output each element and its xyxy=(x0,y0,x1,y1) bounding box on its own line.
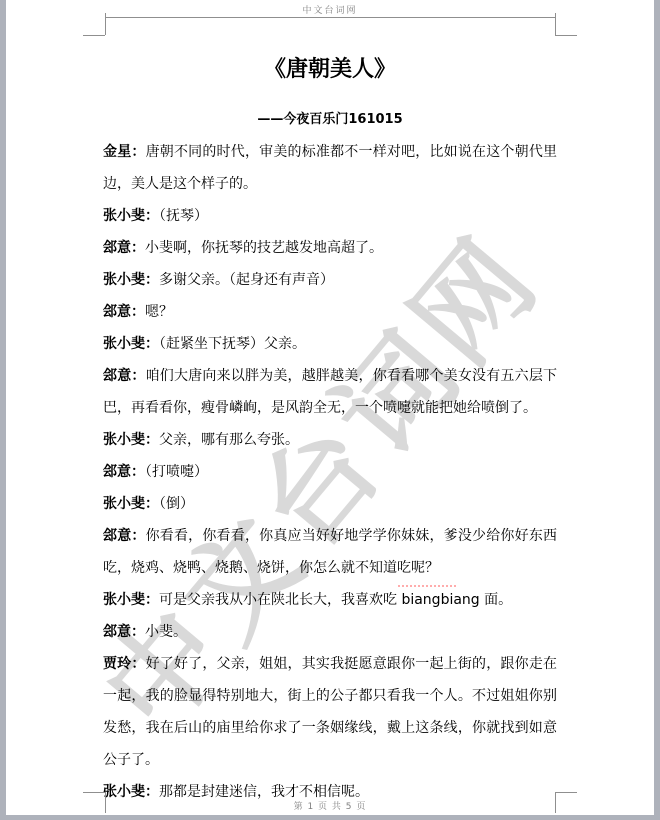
dialogue-paragraph: 贾玲：好了好了，父亲，姐姐，其实我挺愿意跟你一起上街的，跟你走在一起，我的脸显得… xyxy=(103,648,557,776)
speaker-line: 嗯？ xyxy=(145,304,173,320)
crop-mark-top-right-h xyxy=(555,35,577,36)
document-viewer: { "header": { "site_name": "中文台词网" }, "d… xyxy=(0,0,660,820)
speaker-line: 小斐啊，你抚琴的技艺越发地高超了。 xyxy=(145,240,383,256)
dialogue-paragraph: 郐意：小斐。 xyxy=(103,616,557,648)
speaker-line: 你看看，你看看，你真应当好好地学学你妹妹，爹没少给你好东西吃，烧鸡、烧鸭、烧鹅、… xyxy=(103,528,557,576)
speaker-line: 咱们大唐向来以胖为美，越胖越美，你看看哪个美女没有五六层下巴，再看看你，瘦骨嶙峋… xyxy=(103,368,557,416)
crop-mark-bottom-left-v xyxy=(105,792,106,813)
dialogue-paragraph: 郐意：小斐啊，你抚琴的技艺越发地高超了。 xyxy=(103,232,557,264)
speaker-name: 张小斐： xyxy=(103,272,159,288)
speaker-name: 郐意： xyxy=(103,528,146,544)
dialogue-paragraph: 郐意：（打喷嚏） xyxy=(103,456,557,488)
speaker-name: 郐意： xyxy=(103,464,145,480)
speaker-line: 唐朝不同的时代，审美的标准都不一样对吧，比如说在这个朝代里边，美人是这个样子的。 xyxy=(103,144,557,192)
speaker-name: 张小斐： xyxy=(103,592,159,608)
dialogue-paragraph: 郐意：你看看，你看看，你真应当好好地学学你妹妹，爹没少给你好东西吃，烧鸡、烧鸭、… xyxy=(103,520,557,584)
speaker-line: 多谢父亲。（起身还有声音） xyxy=(159,272,334,288)
speaker-line: 可是父亲我从小在陕北长大，我喜欢吃 biangbiang 面。 xyxy=(159,592,512,608)
dialogue-paragraph: 张小斐：（赶紧坐下抚琴）父亲。 xyxy=(103,328,557,360)
speaker-name: 郐意： xyxy=(103,240,145,256)
speaker-line: 好了好了，父亲，姐姐，其实我挺愿意跟你一起上街的，跟你走在一起，我的脸显得特别地… xyxy=(103,656,557,768)
header-border-line xyxy=(105,17,555,18)
speaker-line: （倒） xyxy=(159,496,194,512)
dialogue-paragraph: 张小斐：多谢父亲。（起身还有声音） xyxy=(103,264,557,296)
dialogue-paragraph: 金星：唐朝不同的时代，审美的标准都不一样对吧，比如说在这个朝代里边，美人是这个样… xyxy=(103,136,557,200)
speaker-line: 那都是封建迷信，我才不相信呢。 xyxy=(159,784,369,800)
speaker-name: 郐意： xyxy=(103,624,145,640)
speaker-line: （打喷嚏） xyxy=(145,464,208,480)
page-title: 《唐朝美人》 xyxy=(6,52,654,83)
speaker-name: 张小斐： xyxy=(103,336,159,352)
spellcheck-squiggle xyxy=(398,585,456,587)
crop-mark-bottom-left-h xyxy=(83,792,105,793)
speaker-name: 金星： xyxy=(103,144,146,160)
crop-mark-top-left-v xyxy=(105,13,106,35)
footer-page-indicator: 第 1 页 共 5 页 xyxy=(6,799,654,812)
speaker-name: 张小斐： xyxy=(103,208,159,224)
header-site-name: 中文台词网 xyxy=(6,3,654,16)
dialogue: 金星：唐朝不同的时代，审美的标准都不一样对吧，比如说在这个朝代里边，美人是这个样… xyxy=(103,136,557,808)
speaker-name: 郐意： xyxy=(103,304,145,320)
dialogue-paragraph: 张小斐：（抚琴） xyxy=(103,200,557,232)
speaker-line: （抚琴） xyxy=(159,208,208,224)
crop-mark-top-right-v xyxy=(555,13,556,35)
dialogue-paragraph: 张小斐：（倒） xyxy=(103,488,557,520)
speaker-name: 张小斐： xyxy=(103,432,159,448)
page: 中文台词网 中文台词网 《唐朝美人》 ——今夜百乐门161015 金星：唐朝不同… xyxy=(6,0,654,815)
page-subtitle: ——今夜百乐门161015 xyxy=(6,108,654,127)
dialogue-paragraph: 张小斐：父亲，哪有那么夸张。 xyxy=(103,424,557,456)
crop-mark-bottom-right-h xyxy=(555,792,577,793)
speaker-line: （赶紧坐下抚琴）父亲。 xyxy=(159,336,306,352)
dialogue-paragraph: 郐意：嗯？ xyxy=(103,296,557,328)
speaker-name: 张小斐： xyxy=(103,496,159,512)
crop-mark-top-left-h xyxy=(83,35,105,36)
dialogue-paragraph: 郐意：咱们大唐向来以胖为美，越胖越美，你看看哪个美女没有五六层下巴，再看看你，瘦… xyxy=(103,360,557,424)
speaker-name: 郐意： xyxy=(103,368,146,384)
crop-mark-bottom-right-v xyxy=(555,792,556,813)
speaker-name: 张小斐： xyxy=(103,784,159,800)
dialogue-paragraph: 张小斐：可是父亲我从小在陕北长大，我喜欢吃 biangbiang 面。 xyxy=(103,584,557,616)
speaker-name: 贾玲： xyxy=(103,656,146,672)
speaker-line: 小斐。 xyxy=(145,624,187,640)
speaker-line: 父亲，哪有那么夸张。 xyxy=(159,432,299,448)
